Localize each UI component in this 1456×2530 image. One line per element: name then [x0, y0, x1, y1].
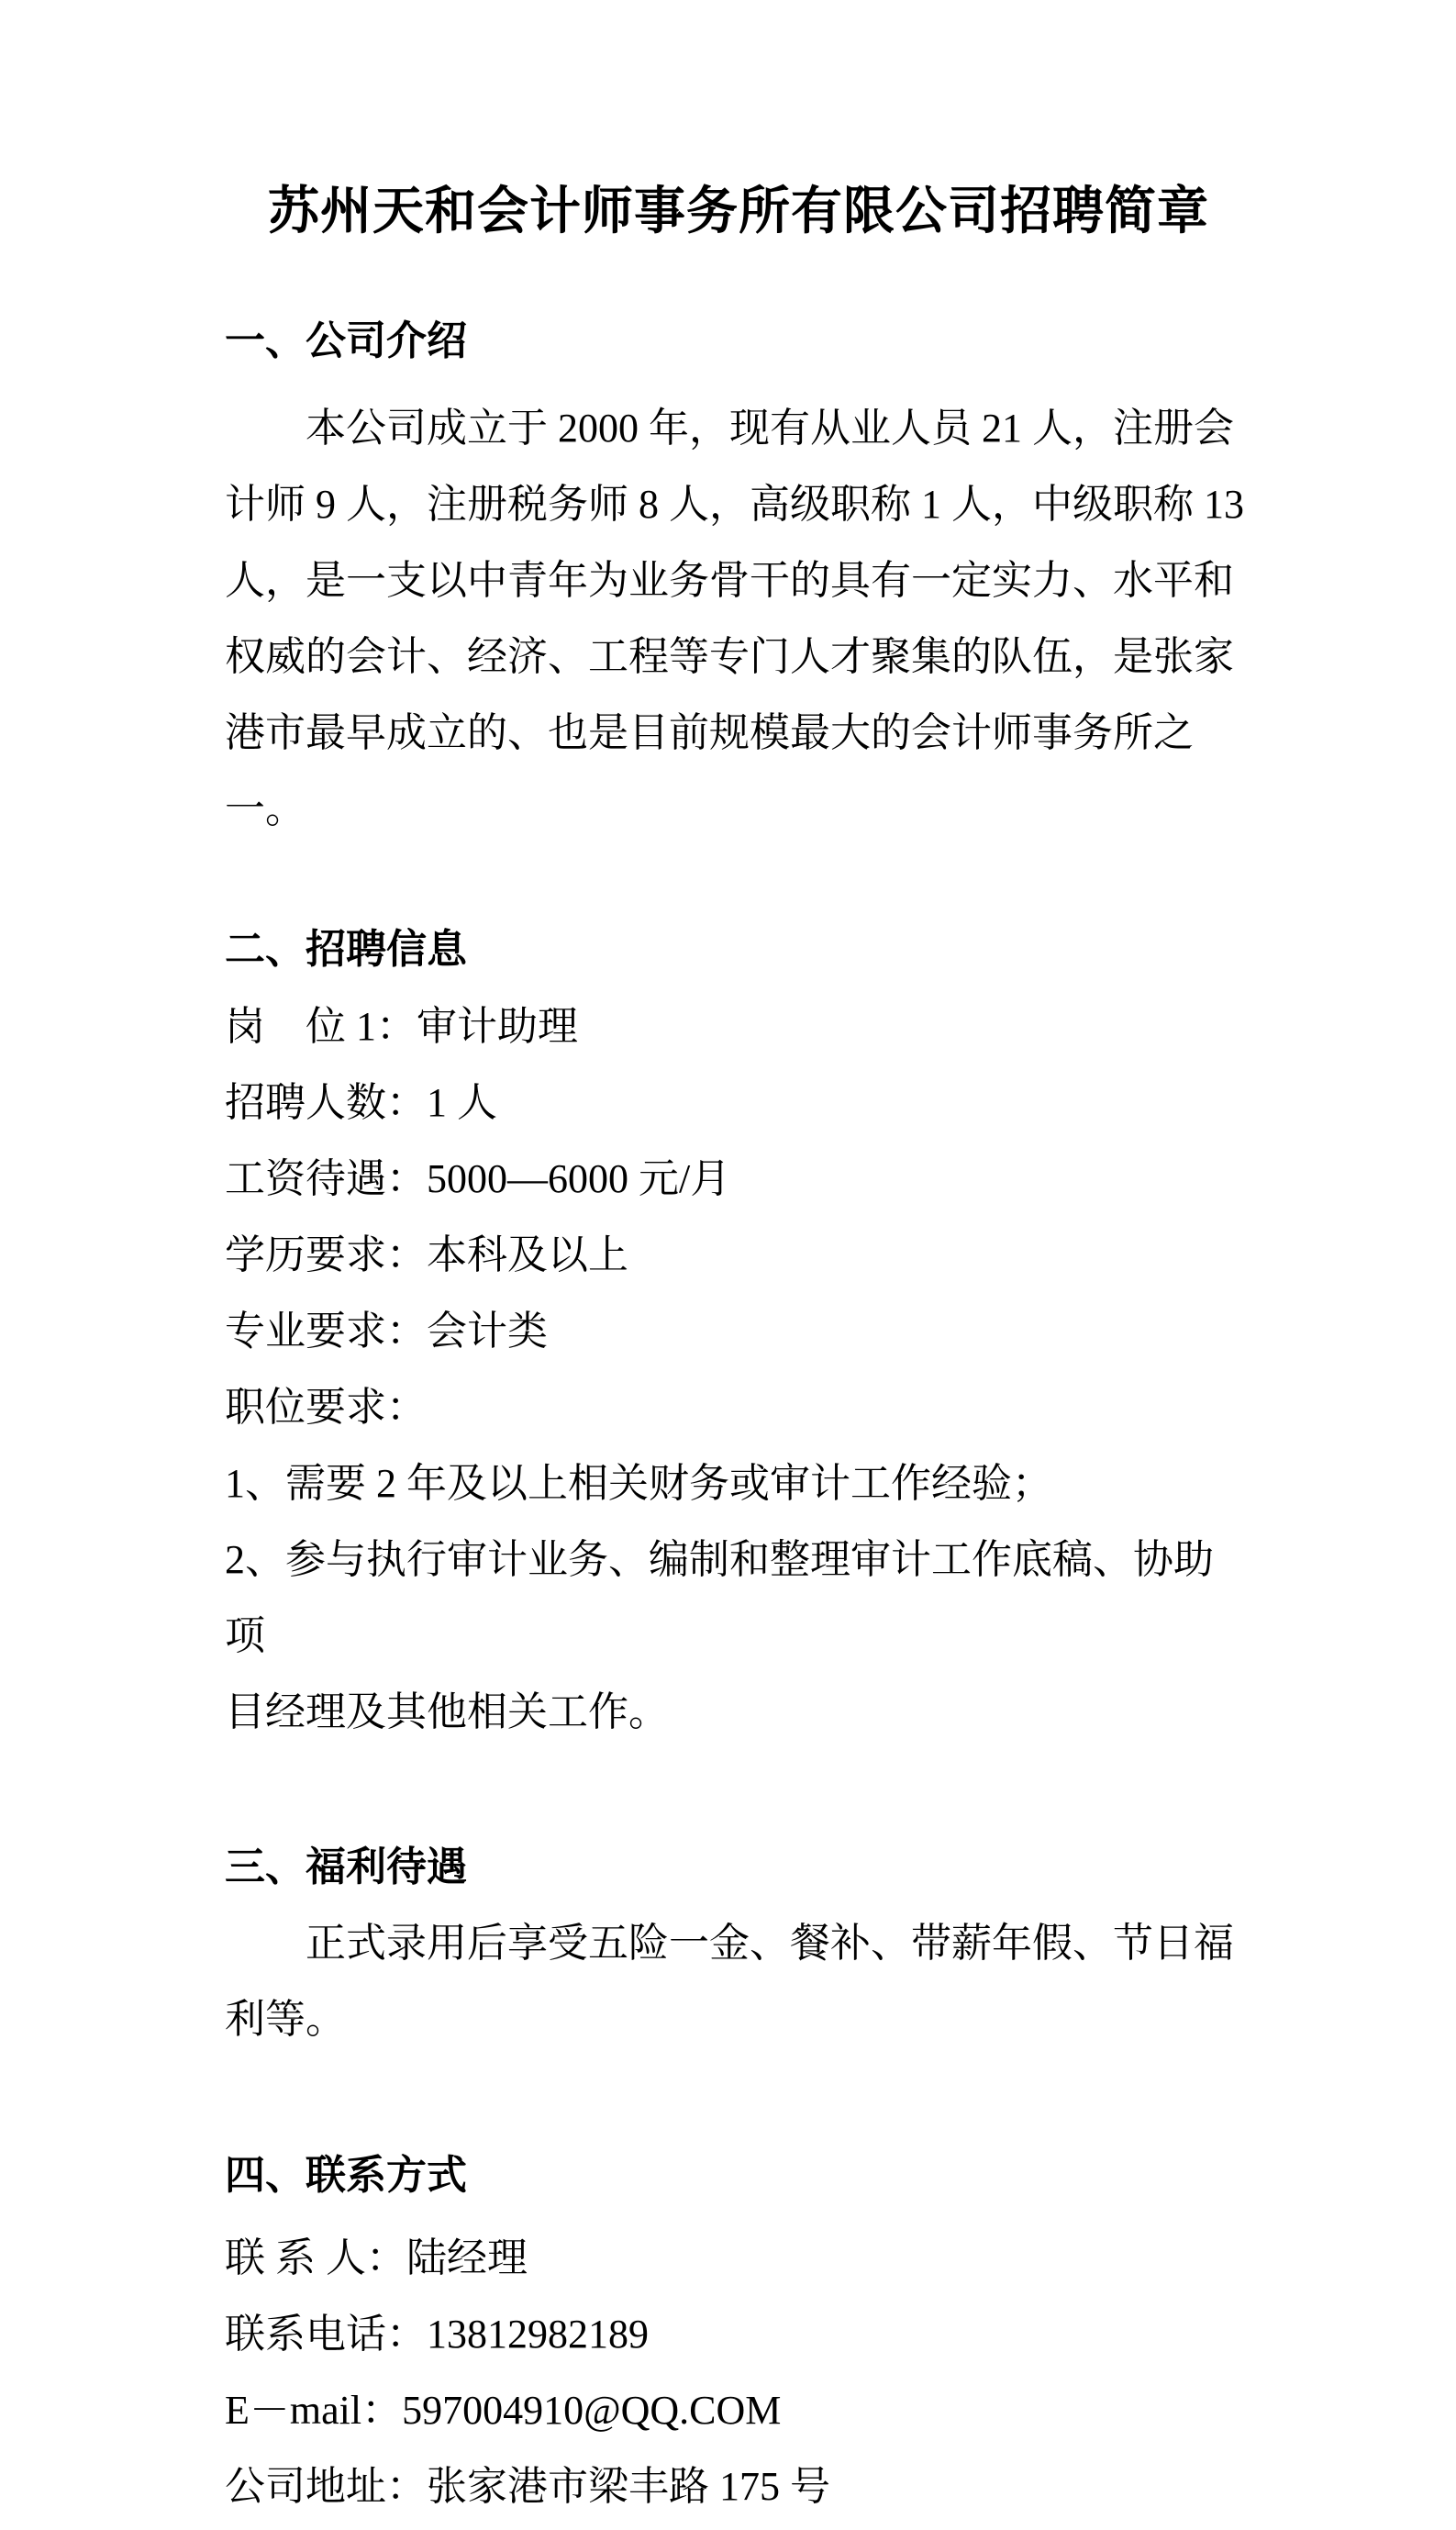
section-heading-contact: 四、联系方式	[225, 2137, 1252, 2213]
text-line: 联系电话：13812982189	[225, 2296, 1252, 2372]
section-lines-contact: 联 系 人：陆经理联系电话：13812982189E－mail：59700491…	[225, 2220, 1252, 2524]
text-line: 权威的会计、经济、工程等专门人才聚集的队伍，是张家	[225, 619, 1252, 695]
section-heading-benefits: 三、福利待遇	[225, 1829, 1252, 1905]
text-line: 联 系 人：陆经理	[225, 2220, 1252, 2296]
text-line: 本公司成立于 2000 年，现有从业人员 21 人，注册会	[225, 390, 1252, 466]
page-title: 苏州天和会计师事务所有限公司招聘简章	[225, 174, 1252, 248]
text-line: 工资待遇：5000—6000 元/月	[225, 1141, 1252, 1217]
text-line: 计师 9 人，注册税务师 8 人，高级职称 1 人，中级职称 13	[225, 466, 1252, 542]
text-line: 专业要求：会计类	[225, 1293, 1252, 1369]
document-page: 苏州天和会计师事务所有限公司招聘简章 一、公司介绍 本公司成立于 2000 年，…	[0, 0, 1456, 2530]
text-line: 学历要求：本科及以上	[225, 1217, 1252, 1293]
text-line: 利等。	[225, 1981, 1252, 2057]
text-line: 正式录用后享受五险一金、餐补、带薪年假、节日福	[225, 1905, 1252, 1981]
section-heading-company-intro: 一、公司介绍	[225, 303, 1252, 379]
section-lines-recruitment-info: 岗 位 1：审计助理招聘人数：1 人工资待遇：5000—6000 元/月学历要求…	[225, 988, 1252, 1750]
text-line: 港市最早成立的、也是目前规模最大的会计师事务所之一。	[225, 695, 1252, 847]
text-line: E－mail：597004910@QQ.COM	[225, 2372, 1252, 2448]
document-content: 苏州天和会计师事务所有限公司招聘简章 一、公司介绍 本公司成立于 2000 年，…	[0, 0, 1456, 2524]
section-recruitment-info: 二、招聘信息 岗 位 1：审计助理招聘人数：1 人工资待遇：5000—6000 …	[225, 911, 1252, 1750]
text-line: 1、需要 2 年及以上相关财务或审计工作经验；	[225, 1445, 1252, 1521]
text-line: 人，是一支以中青年为业务骨干的具有一定实力、水平和	[225, 542, 1252, 619]
section-company-intro: 一、公司介绍 本公司成立于 2000 年，现有从业人员 21 人，注册会计师 9…	[225, 303, 1252, 847]
section-contact: 四、联系方式 联 系 人：陆经理联系电话：13812982189E－mail：5…	[225, 2137, 1252, 2524]
text-line: 职位要求：	[225, 1369, 1252, 1445]
text-line: 岗 位 1：审计助理	[225, 988, 1252, 1064]
section-heading-recruitment-info: 二、招聘信息	[225, 911, 1252, 987]
text-line: 目经理及其他相关工作。	[225, 1674, 1252, 1750]
text-line: 2、参与执行审计业务、编制和整理审计工作底稿、协助项	[225, 1521, 1252, 1674]
section-lines-benefits: 正式录用后享受五险一金、餐补、带薪年假、节日福利等。	[225, 1905, 1252, 2057]
text-line: 公司地址：张家港市梁丰路 175 号	[225, 2448, 1252, 2524]
section-benefits: 三、福利待遇 正式录用后享受五险一金、餐补、带薪年假、节日福利等。	[225, 1829, 1252, 2057]
text-line: 招聘人数：1 人	[225, 1064, 1252, 1141]
section-lines-company-intro: 本公司成立于 2000 年，现有从业人员 21 人，注册会计师 9 人，注册税务…	[225, 390, 1252, 847]
